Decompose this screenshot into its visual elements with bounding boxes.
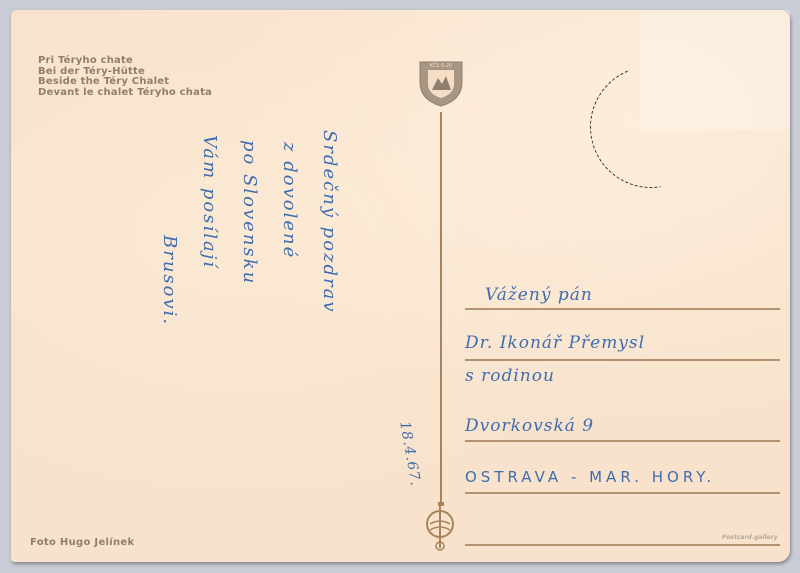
address-line-city: OSTRAVA - MAR. HORY. [465, 468, 715, 486]
caption-line-french: Devant le chalet Téryho chata [38, 88, 212, 99]
message-line: z dovolené [279, 142, 300, 259]
globe-book-emblem-icon [422, 500, 458, 554]
message-line: po Slovensku [239, 140, 260, 285]
message-signature: Brusovi. [159, 235, 180, 326]
watermark: Postcard.gallery [722, 534, 778, 541]
address-rule [465, 308, 780, 310]
address-line-name: Dr. Ikonář Přemysl [465, 333, 645, 353]
stamp-area [640, 10, 790, 130]
address-line-salutation: Vážený pán [485, 285, 593, 305]
address-divider [440, 112, 442, 502]
address-rule [465, 492, 780, 494]
caption-line-slovak: Pri Téryho chate [38, 56, 212, 67]
address-rule [465, 359, 780, 361]
address-rule [465, 544, 780, 546]
message-line: Vám posílají [199, 135, 220, 269]
address-line-street: Dvorkovská 9 [465, 416, 594, 436]
caption-line-english: Beside the Téry Chalet [38, 77, 212, 88]
handwritten-message: Srdečný pozdrav z dovolené po Slovensku … [145, 130, 345, 400]
publisher-logo-icon: KČS 0.20 [414, 56, 468, 110]
message-line: Srdečný pozdrav [319, 130, 340, 314]
photo-caption: Pri Téryho chate Bei der Téry-Hütte Besi… [38, 56, 212, 98]
address-line-family: s rodinou [465, 366, 555, 386]
address-rule [465, 440, 780, 442]
svg-text:KČS 0.20: KČS 0.20 [430, 62, 452, 69]
photo-credit: Foto Hugo Jelínek [30, 537, 134, 548]
